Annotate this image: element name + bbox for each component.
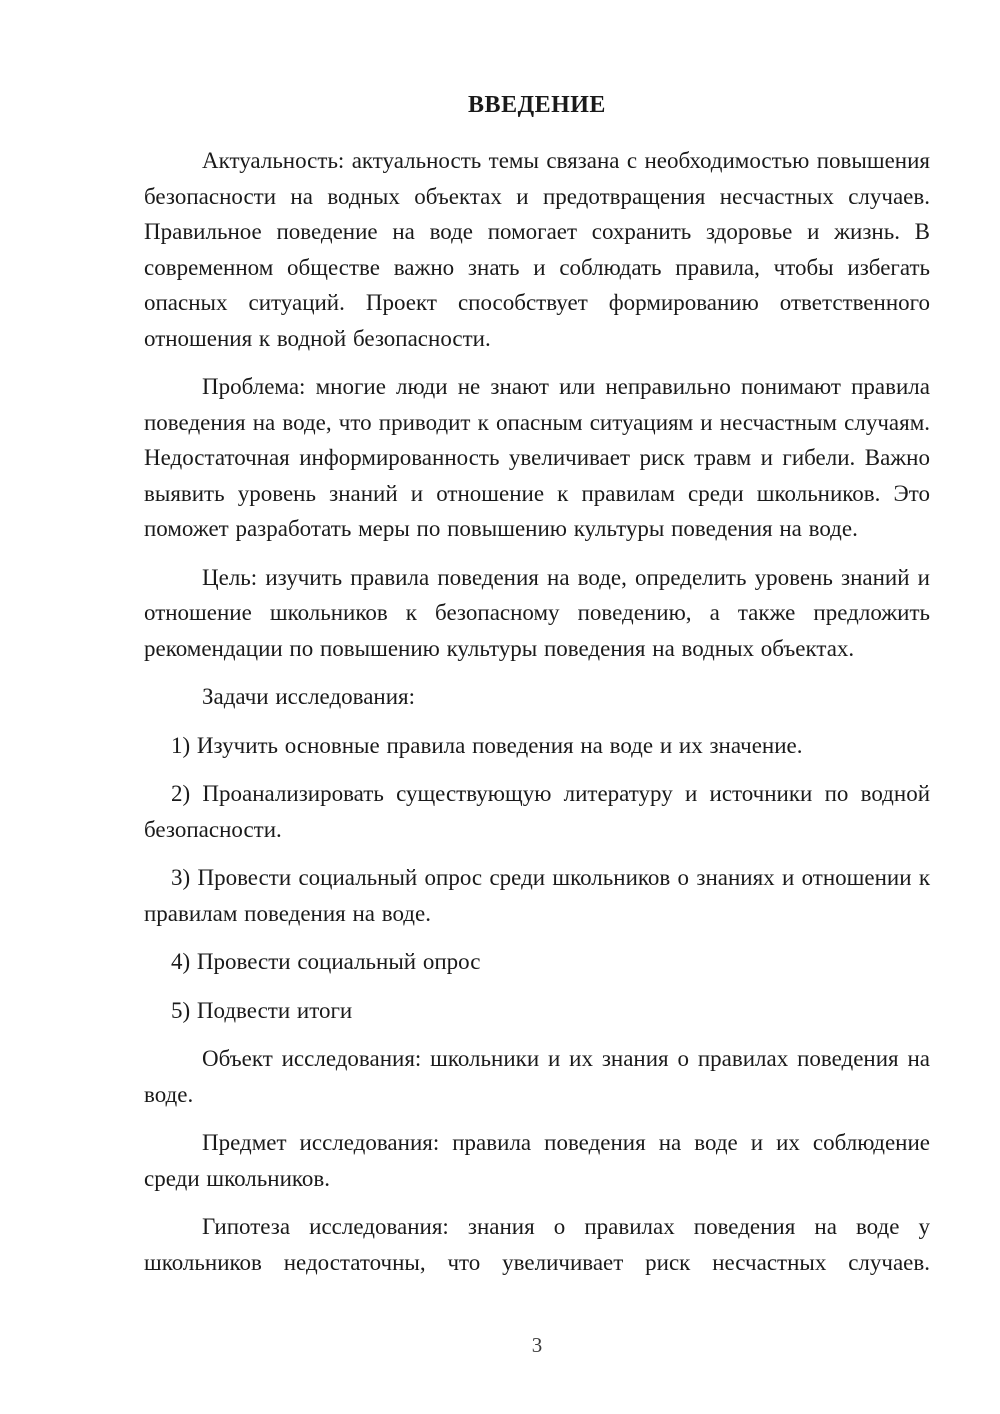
task-item-4: 4) Провести социальный опрос	[144, 944, 930, 980]
page-title: ВВЕДЕНИЕ	[144, 88, 930, 123]
task-item-1: 1) Изучить основные правила поведения на…	[144, 728, 930, 764]
paragraph-hypothesis: Гипотеза исследования: знания о правилах…	[144, 1209, 930, 1280]
paragraph-goal: Цель: изучить правила поведения на воде,…	[144, 560, 930, 667]
page-number: 3	[144, 1330, 930, 1360]
paragraph-object: Объект исследования: школьники и их знан…	[144, 1041, 930, 1112]
paragraph-problem: Проблема: многие люди не знают или непра…	[144, 369, 930, 547]
document-page: ВВЕДЕНИЕ Актуальность: актуальность темы…	[0, 0, 1000, 1414]
task-item-5: 5) Подвести итоги	[144, 993, 930, 1029]
paragraph-actuality: Актуальность: актуальность темы связана …	[144, 143, 930, 356]
task-item-2: 2) Проанализировать существующую литерат…	[144, 776, 930, 847]
paragraph-subject: Предмет исследования: правила поведения …	[144, 1125, 930, 1196]
task-item-3: 3) Провести социальный опрос среди школь…	[144, 860, 930, 931]
tasks-heading: Задачи исследования:	[144, 679, 930, 715]
